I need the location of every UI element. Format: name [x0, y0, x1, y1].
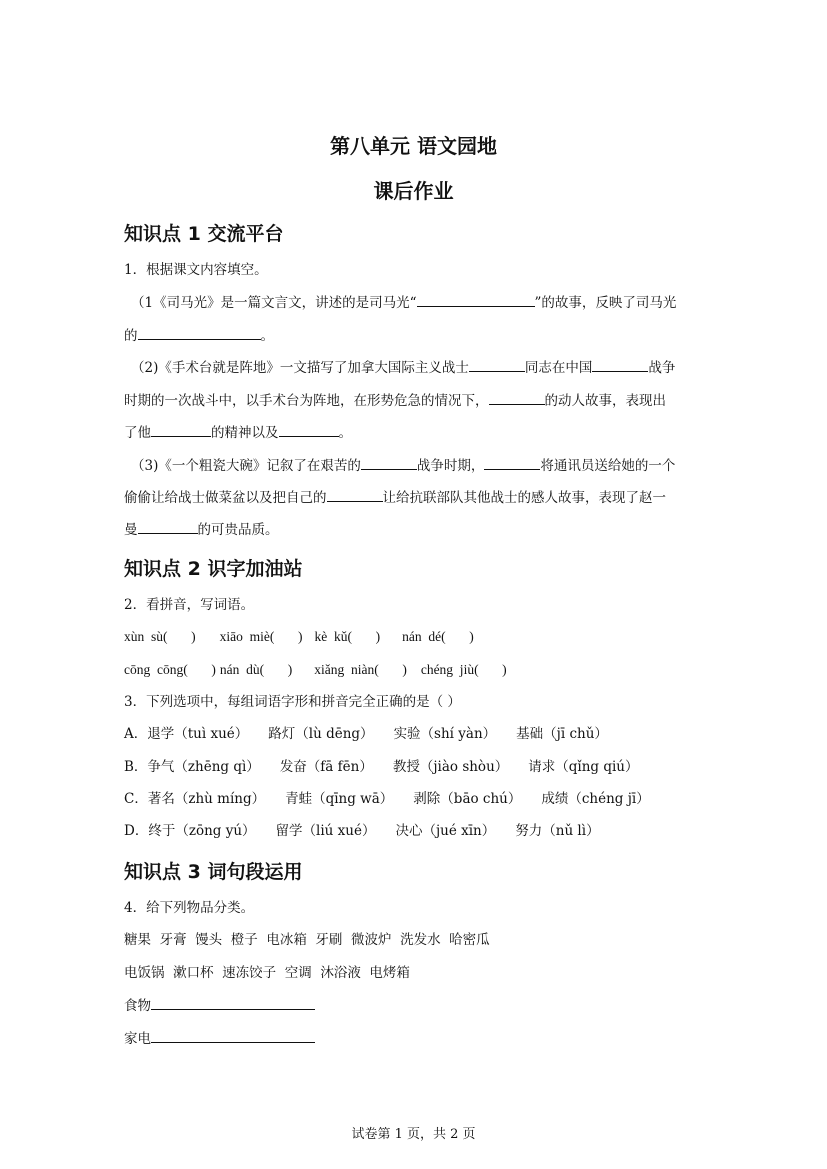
text: 了他 — [124, 425, 151, 441]
option-word: 发奋（fā fēn） — [280, 759, 373, 775]
option-word: 路灯（lù dēng） — [268, 726, 373, 742]
category-label: 食物 — [124, 998, 151, 1014]
option-b[interactable]: B．争气（zhēng qì）发奋（fā fēn）教授（jiào shòu）请求（… — [124, 757, 639, 777]
pinyin-item[interactable]: xùn sù( ) — [124, 629, 196, 644]
question-2-prompt: 2．看拼音，写词语。 — [124, 595, 254, 615]
question-text: 下列选项中，每组词语字形和拼音完全正确的是（ ） — [146, 694, 461, 710]
category-appliance: 家电 — [124, 1028, 315, 1049]
text: （2)《手术台就是阵地》一文描写了加拿大国际主义战士 — [131, 360, 469, 376]
pinyin-row-2: cōng cōng( )nán dù( )xiǎng niàn( )chéng … — [124, 660, 507, 680]
appliance-answer-blank[interactable] — [151, 1028, 315, 1043]
category-food: 食物 — [124, 995, 315, 1016]
pinyin-item[interactable]: nán dù( ) — [220, 662, 292, 677]
option-label: D． — [124, 823, 148, 839]
question-1-prompt: 1．根据课文内容填空。 — [124, 260, 268, 280]
page-title: 第八单元 语文园地 — [0, 130, 827, 159]
text: 。 — [339, 425, 353, 441]
option-a[interactable]: A．退学（tuì xué）路灯（lù dēng）实验（shí yàn）基础（jī… — [124, 724, 608, 744]
q1-item3-line3: 曼的可贵品质。 — [124, 519, 279, 540]
text: 让给抗联部队其他战士的感人故事，表现了赵一 — [383, 490, 667, 506]
option-label: B． — [124, 759, 147, 775]
q1-item2-line2: 时期的一次战斗中，以手术台为阵地，在形势危急的情况下，的动人故事，表现出 — [124, 390, 666, 411]
answer-blank[interactable] — [469, 357, 525, 372]
question-text: 看拼音，写词语。 — [146, 597, 254, 613]
option-word: 剥除（bāo chú） — [413, 791, 521, 807]
text: 战争时期， — [417, 458, 485, 474]
option-d[interactable]: D．终于（zōng yú）留学（liú xué）决心（jué xīn）努力（nǔ… — [124, 821, 600, 841]
answer-blank[interactable] — [489, 390, 545, 405]
food-answer-blank[interactable] — [151, 995, 315, 1010]
pinyin-item[interactable]: xiāo miè( ) — [220, 629, 303, 644]
answer-blank[interactable] — [151, 422, 211, 437]
option-word: 争气（zhēng qì） — [147, 759, 259, 775]
q1-item1-line2: 的。 — [124, 325, 274, 346]
answer-blank[interactable] — [417, 292, 535, 307]
option-word: 实验（shí yàn） — [394, 726, 497, 742]
question-number: 1． — [124, 262, 146, 278]
pinyin-item[interactable]: nán dé( ) — [402, 629, 474, 644]
section-heading-2: 知识点 2 识字加油站 — [124, 554, 302, 581]
question-text: 给下列物品分类。 — [146, 900, 254, 916]
option-word: 请求（qǐng qiú） — [528, 759, 638, 775]
option-word: 基础（jī chǔ） — [516, 726, 608, 742]
question-number: 3． — [124, 694, 146, 710]
pinyin-item[interactable]: xiǎng niàn( ) — [314, 662, 407, 677]
question-4-prompt: 4．给下列物品分类。 — [124, 898, 254, 918]
text: ”的故事，反映了司马光 — [535, 295, 677, 311]
category-label: 家电 — [124, 1031, 151, 1047]
text: 时期的一次战斗中，以手术台为阵地，在形势危急的情况下， — [124, 393, 489, 409]
question-number: 4． — [124, 900, 146, 916]
answer-blank[interactable] — [484, 455, 540, 470]
option-word: 留学（liú xué） — [276, 823, 376, 839]
page-subtitle: 课后作业 — [0, 175, 827, 204]
text: 偷偷让给战士做菜盆以及把自己的 — [124, 490, 327, 506]
text: 的 — [124, 328, 138, 344]
q1-item2-line3: 了他的精神以及。 — [124, 422, 352, 443]
option-word: 决心（jué xīn） — [395, 823, 495, 839]
pinyin-item[interactable]: kè kǔ( ) — [314, 629, 380, 644]
q1-item3-line1: （3)《一个粗瓷大碗》记叙了在艰苦的战争时期，将通讯员送给她的一个 — [131, 455, 675, 476]
text: 的精神以及 — [211, 425, 279, 441]
question-text: 根据课文内容填空。 — [146, 262, 268, 278]
page-footer: 试卷第 1 页，共 2 页 — [0, 1123, 827, 1142]
option-label: C． — [124, 791, 148, 807]
option-word: 著名（zhù míng） — [148, 791, 265, 807]
section-heading-1: 知识点 1 交流平台 — [124, 219, 283, 246]
text: 。 — [261, 328, 275, 344]
pinyin-row-1: xùn sù( )xiāo miè( )kè kǔ( )nán dé( ) — [124, 627, 474, 647]
text: 同志在中国 — [525, 360, 593, 376]
option-word: 青蛙（qīng wā） — [285, 791, 393, 807]
answer-blank[interactable] — [138, 325, 261, 340]
text: 的动人故事，表现出 — [545, 393, 667, 409]
pinyin-item[interactable]: chéng jiù( ) — [421, 662, 507, 677]
option-word: 成绩（chéng jī） — [541, 791, 649, 807]
text: 将通讯员送给她的一个 — [540, 458, 675, 474]
pinyin-item[interactable]: cōng cōng( ) — [124, 662, 216, 677]
text: 的可贵品质。 — [198, 522, 279, 538]
answer-blank[interactable] — [592, 357, 648, 372]
q1-item2-line1: （2)《手术台就是阵地》一文描写了加拿大国际主义战士同志在中国战争 — [131, 357, 675, 378]
option-word: 终于（zōng yú） — [148, 823, 255, 839]
option-word: 教授（jiào shòu） — [393, 759, 508, 775]
q1-item1-line1: （1《司马光》是一篇文言文，讲述的是司马光“”的故事，反映了司马光 — [131, 292, 676, 313]
items-row-1: 糖果 牙膏 馒头 橙子 电冰箱 牙刷 微波炉 洗发水 哈密瓜 — [124, 930, 490, 950]
items-row-2: 电饭锅 漱口杯 速冻饺子 空调 沐浴液 电烤箱 — [124, 963, 410, 983]
option-word: 退学（tuì xué） — [147, 726, 248, 742]
answer-blank[interactable] — [361, 455, 417, 470]
text: 战争 — [648, 360, 675, 376]
answer-blank[interactable] — [138, 519, 198, 534]
answer-blank[interactable] — [279, 422, 339, 437]
text: 曼 — [124, 522, 138, 538]
option-label: A． — [124, 726, 147, 742]
option-c[interactable]: C．著名（zhù míng）青蛙（qīng wā）剥除（bāo chú）成绩（c… — [124, 789, 650, 809]
section-heading-3: 知识点 3 词句段运用 — [124, 857, 302, 884]
option-word: 努力（nǔ lì） — [515, 823, 599, 839]
text: （3)《一个粗瓷大碗》记叙了在艰苦的 — [131, 458, 361, 474]
text: （1《司马光》是一篇文言文，讲述的是司马光“ — [131, 295, 417, 311]
question-number: 2． — [124, 597, 146, 613]
q1-item3-line2: 偷偷让给战士做菜盆以及把自己的让给抗联部队其他战士的感人故事，表现了赵一 — [124, 487, 666, 508]
answer-blank[interactable] — [327, 487, 383, 502]
question-3-prompt: 3．下列选项中，每组词语字形和拼音完全正确的是（ ） — [124, 692, 461, 712]
